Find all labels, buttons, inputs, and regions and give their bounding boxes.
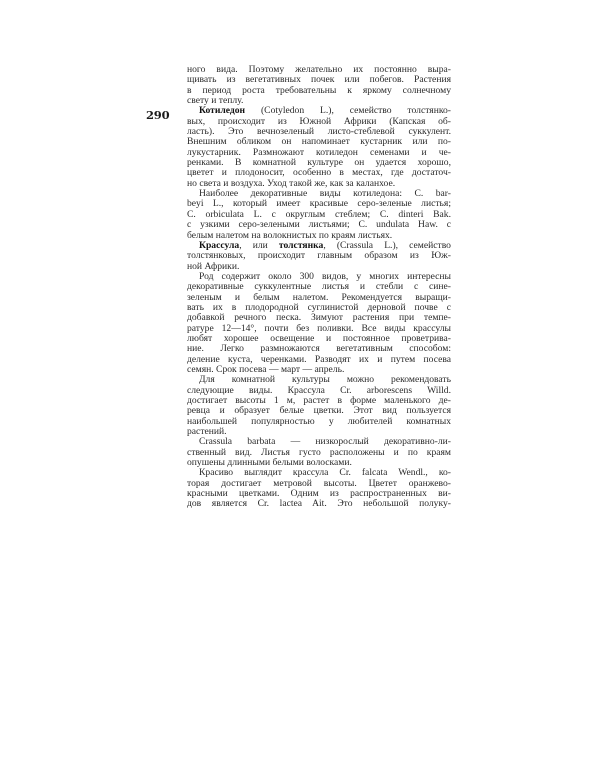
line-text: Внешним обликом он напоминает кустарник … bbox=[187, 136, 451, 147]
line-text: Crassula barbata — низкорослый декоратив… bbox=[199, 436, 451, 447]
line-text: лукустарник. Размножают котиледон семена… bbox=[187, 147, 451, 158]
page-number: 290 bbox=[146, 108, 169, 122]
line-text: добавкой речного песка. Зимуют растения … bbox=[187, 312, 451, 323]
line-text: , (Crassula L.), семейство bbox=[323, 240, 451, 251]
line-text: красными цветками. Одним из распростране… bbox=[187, 488, 451, 499]
line-text: в период роста требовательны к яркому со… bbox=[187, 85, 451, 96]
line-text: ной Африки. bbox=[187, 261, 239, 272]
line-text: Красиво выглядит крассула Cr. falcata We… bbox=[199, 467, 451, 478]
line-text: следующие виды. Крассула Cr. arborescens… bbox=[187, 385, 451, 396]
line-text: торая достигает метровой высоты. Цветет … bbox=[187, 478, 451, 489]
line-text: ного вида. Поэтому желательно их постоян… bbox=[187, 64, 451, 75]
line-text: толстянковых, происходит главным образом… bbox=[187, 250, 451, 261]
line-text: дов является Cr. lactea Ait. Это небольш… bbox=[187, 498, 451, 509]
line-text: ренками. В комнатной культуре он удается… bbox=[187, 157, 451, 168]
line-text: Для комнатной культуры можно рекомендова… bbox=[199, 374, 451, 385]
line-text: Наиболее декоративные виды котиледона: C… bbox=[199, 188, 451, 199]
line-text: любят хорошее освещение и постоянное про… bbox=[187, 333, 451, 344]
line-text: опушены длинными белыми волосками. bbox=[187, 457, 352, 468]
line-text: ратуре 12—14°, почти без поливки. Все ви… bbox=[187, 323, 451, 334]
term-heading: Крассула bbox=[199, 240, 239, 251]
line-text: белым налетом на волокнистых по краям ли… bbox=[187, 230, 392, 241]
line-text: (Cotyledon L.), семейство толстянко- bbox=[245, 105, 451, 116]
line-text: ственный вид. Листья густо расположены и… bbox=[187, 447, 451, 458]
line-text: щивать из вегетативных почек или побегов… bbox=[187, 74, 451, 85]
line-text: цветет и плодоносит, особенно в местах, … bbox=[187, 167, 451, 178]
line-text: ревца и образует белые цветки. Этот вид … bbox=[187, 405, 451, 416]
line-text: наибольшей популярностью у любителей ком… bbox=[187, 416, 451, 427]
line-text: семян. Срок посева — март — апрель. bbox=[187, 364, 344, 375]
line-text: с узкими серо-зелеными листьями; C. undu… bbox=[187, 219, 451, 230]
line-text: декоративные суккулентные листья и стебл… bbox=[187, 281, 451, 292]
body-text: ного вида. Поэтому желательно их постоян… bbox=[187, 65, 451, 510]
line-text: растений. bbox=[187, 426, 227, 437]
line-text: ние. Легко размножаются вегетативным спо… bbox=[187, 343, 451, 354]
text-line: дов является Cr. lactea Ait. Это небольш… bbox=[187, 499, 451, 509]
line-text: зеленым и белым налетом. Рекомендуется в… bbox=[187, 292, 451, 303]
line-text: деление куста, черенками. Разводят их и … bbox=[187, 354, 451, 365]
term-heading: Котиледон bbox=[199, 105, 245, 116]
line-text: достигает высоты 1 м, растет в форме мал… bbox=[187, 395, 451, 406]
term-heading: толстянка bbox=[279, 240, 323, 251]
line-text: но света и воздуха. Уход такой же, как з… bbox=[187, 178, 395, 189]
line-text: ласть). Это вечнозеленый листо-стеблевой… bbox=[187, 126, 451, 137]
line-text: Род содержит около 300 видов, у многих и… bbox=[199, 271, 451, 282]
line-text: C. orbiculata L. с округлым стеблем; C. … bbox=[187, 209, 451, 220]
line-text: , или bbox=[239, 240, 279, 251]
line-text: beyi L., который имеет красивые серо-зел… bbox=[187, 198, 451, 209]
line-text: вать их в плодородной суглинистой дернов… bbox=[187, 302, 451, 313]
line-text: свету и теплу. bbox=[187, 95, 243, 106]
line-text: вых, происходит из Южной Африки (Капская… bbox=[187, 116, 451, 127]
text-line: наибольшей популярностью у любителей ком… bbox=[187, 417, 451, 427]
